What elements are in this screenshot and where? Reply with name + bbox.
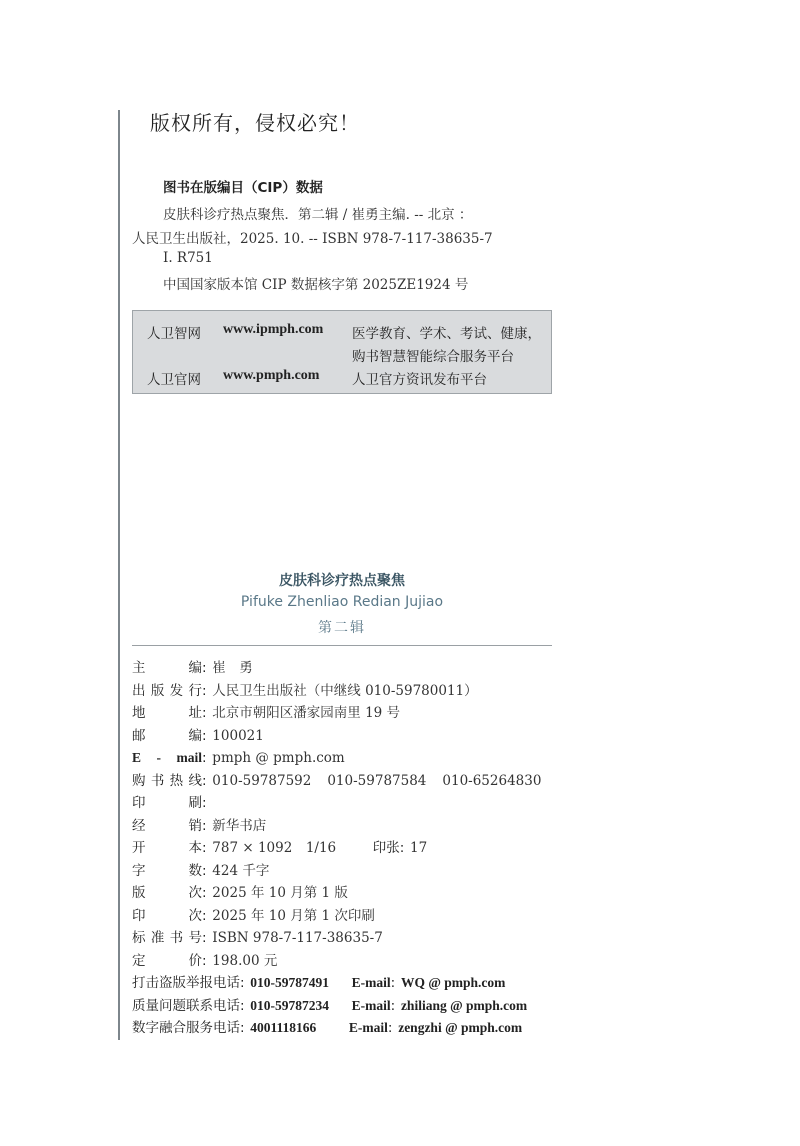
website-url-link[interactable]: www.pmph.com — [223, 368, 319, 384]
detail-label: 印刷 — [132, 792, 202, 815]
detail-row-editor: 主编: 崔 勇 — [132, 657, 541, 680]
detail-row-isbn: 标准书号: ISBN 978-7-117-38635-7 — [132, 927, 541, 950]
detail-row-edition: 版次: 2025 年 10 月第 1 版 — [132, 882, 541, 905]
contact-phone: 010-59787234 — [250, 998, 329, 1013]
detail-row-address: 地址: 北京市朝阳区潘家园南里 19 号 — [132, 702, 541, 725]
website-description: 医学教育、学术、考试、健康， — [352, 322, 541, 342]
detail-value: 崔 勇 — [212, 660, 253, 676]
cip-line-3: Ⅰ. R751 — [163, 250, 213, 266]
detail-value: ISBN 978-7-117-38635-7 — [212, 930, 383, 946]
hotline-number: 010-59787584 — [327, 773, 426, 789]
detail-label: 版次 — [132, 882, 202, 905]
detail-label: 开本 — [132, 837, 202, 860]
detail-value: 北京市朝阳区潘家园南里 19 号 — [212, 705, 400, 721]
detail-label: 字数 — [132, 860, 202, 883]
contact-label: 数字融合服务电话 — [132, 1020, 240, 1036]
detail-value: 人民卫生出版社（中继线 010-59780011） — [212, 683, 477, 699]
cip-line-2: 人民卫生出版社，2025. 10. -- ISBN 978-7-117-3863… — [132, 227, 493, 247]
detail-value: 198.00 元 — [212, 953, 277, 969]
website-url-link[interactable]: www.ipmph.com — [223, 322, 323, 338]
contact-email-label: E-mail — [352, 975, 391, 990]
contact-label: 质量问题联系电话 — [132, 998, 240, 1014]
detail-row-format: 开本: 787 × 1092 1/16 印张: 17 — [132, 837, 541, 860]
detail-row-word-count: 字数: 424 千字 — [132, 860, 541, 883]
detail-label: E - mail — [132, 747, 202, 770]
hotline-number: 010-65264830 — [442, 773, 541, 789]
publication-details: 主编: 崔 勇 出版发行: 人民卫生出版社（中继线 010-59780011） … — [132, 657, 541, 1040]
copyright-notice: 版权所有，侵权必究！ — [150, 107, 360, 136]
contact-row-antipiracy: 打击盗版举报电话: 010-59787491 E-mail: WQ @ pmph… — [132, 972, 541, 995]
website-description: 人卫官方资讯发布平台 — [352, 368, 487, 388]
book-edition: 第二辑 — [0, 617, 684, 637]
sheets-label: 印张 — [373, 840, 400, 856]
contact-phone: 010-59787491 — [250, 975, 329, 990]
section-divider — [132, 645, 552, 646]
cip-heading: 图书在版编目（CIP）数据 — [163, 176, 323, 196]
detail-row-price: 定价: 198.00 元 — [132, 950, 541, 973]
cip-line-4: 中国国家版本馆 CIP 数据核字第 2025ZE1924 号 — [163, 273, 468, 293]
contact-email-label: E-mail — [352, 998, 391, 1013]
website-name: 人卫官网 — [147, 368, 201, 388]
detail-label: 定价 — [132, 950, 202, 973]
book-title-chinese: 皮肤科诊疗热点聚焦 — [0, 570, 684, 590]
website-description: 购书智慧智能综合服务平台 — [352, 345, 514, 365]
book-title-pinyin: Pifuke Zhenliao Redian Jujiao — [0, 594, 684, 610]
contact-email-link[interactable]: zengzhi @ pmph.com — [398, 1020, 522, 1035]
detail-label: 地址 — [132, 702, 202, 725]
detail-row-distributor: 经销: 新华书店 — [132, 815, 541, 838]
detail-label: 出版发行 — [132, 680, 202, 703]
contact-email-link[interactable]: WQ @ pmph.com — [401, 975, 505, 990]
hotline-number: 010-59787592 — [212, 773, 311, 789]
detail-label: 标准书号 — [132, 927, 202, 950]
detail-row-postcode: 邮编: 100021 — [132, 725, 541, 748]
detail-value: 100021 — [212, 728, 264, 744]
detail-row-publisher: 出版发行: 人民卫生出版社（中继线 010-59780011） — [132, 680, 541, 703]
detail-label: 邮编 — [132, 725, 202, 748]
detail-row-hotline: 购书热线: 010-59787592010-59787584010-652648… — [132, 770, 541, 793]
detail-value: 新华书店 — [212, 818, 266, 834]
detail-label: 主编 — [132, 657, 202, 680]
detail-row-printing: 印次: 2025 年 10 月第 1 次印刷 — [132, 905, 541, 928]
detail-row-printer: 印刷: — [132, 792, 541, 815]
detail-value: 2025 年 10 月第 1 版 — [212, 885, 348, 901]
detail-label: 购书热线 — [132, 770, 202, 793]
contact-row-digital: 数字融合服务电话: 4001118166 E-mail: zengzhi @ p… — [132, 1017, 541, 1040]
detail-value: 424 千字 — [212, 863, 269, 879]
detail-value: 787 × 1092 1/16 — [212, 840, 336, 856]
contact-label: 打击盗版举报电话 — [132, 975, 240, 991]
detail-value: 010-59787592010-59787584010-65264830 — [212, 773, 541, 789]
detail-value: 2025 年 10 月第 1 次印刷 — [212, 908, 375, 924]
contact-phone: 4001118166 — [250, 1020, 316, 1035]
contact-row-quality: 质量问题联系电话: 010-59787234 E-mail: zhiliang … — [132, 995, 541, 1018]
detail-label: 经销 — [132, 815, 202, 838]
website-info-box: 人卫智网 www.ipmph.com 医学教育、学术、考试、健康， 购书智慧智能… — [132, 310, 552, 394]
contact-email-link[interactable]: zhiliang @ pmph.com — [401, 998, 527, 1013]
detail-row-email: E - mail: pmph @ pmph.com — [132, 747, 541, 770]
website-name: 人卫智网 — [147, 322, 201, 342]
sheets-value: 17 — [410, 840, 427, 856]
email-link[interactable]: pmph @ pmph.com — [212, 750, 344, 766]
cip-line-1: 皮肤科诊疗热点聚焦．第二辑 / 崔勇主编. -- 北京 ： — [163, 203, 472, 223]
detail-label: 印次 — [132, 905, 202, 928]
contact-email-label: E-mail — [349, 1020, 388, 1035]
